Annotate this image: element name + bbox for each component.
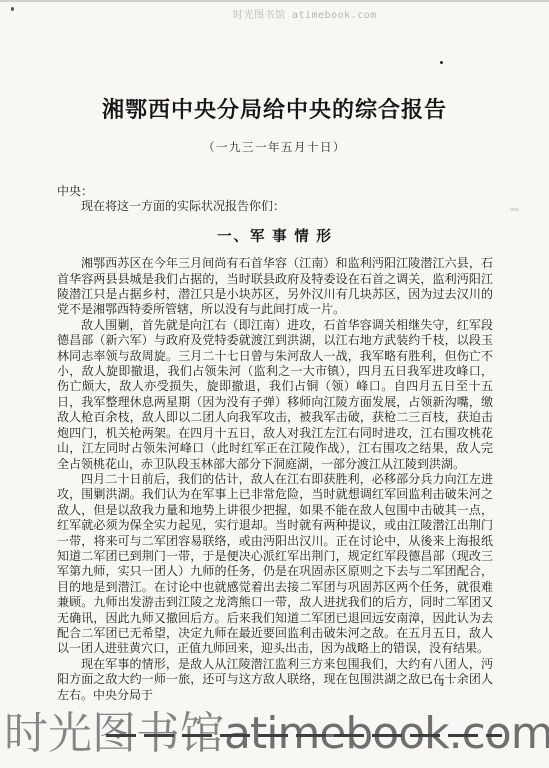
footer-rule-line: [106, 734, 502, 737]
watermark-top: 时光图书馆 atimebook.com: [233, 6, 377, 21]
page-title: 湘鄂西中央分局给中央的综合报告: [0, 93, 549, 124]
section-heading: 一、军 事 情 形: [57, 230, 493, 245]
document-body: 中央： 现在将这一方面的实际状况报告你们： 一、军 事 情 形 湘鄂西苏区在今年…: [57, 184, 493, 703]
salutation: 中央：: [57, 184, 493, 199]
scan-smudge: [510, 208, 519, 211]
ink-speck: [440, 61, 443, 64]
body-paragraph: 四月二十日前后，我们的估计，敌人在江右即获胜利，必移部分兵力向江左进攻，围剿洪湖…: [57, 472, 493, 657]
page-number: · 1 ·: [430, 677, 457, 689]
scanned-document-page: { "colors": { "paper": "#f8f7f3", "ink":…: [0, 0, 549, 768]
body-paragraph: 敌人围剿，首先就是向江右（即江南）进攻，石首华容调关相继失守，红军段德昌部（新六…: [57, 318, 493, 472]
watermark-bottom: 时光图书馆atimebook.com: [4, 697, 549, 761]
date-line: （一九三一年五月十日）: [0, 139, 549, 155]
body-paragraph: 湘鄂西苏区在今年三月间尚有石首华容（江南）和监利沔阳江陵潜江六县，石首华容两县县…: [57, 256, 493, 318]
intro-line: 现在将这一方面的实际状况报告你们：: [57, 199, 493, 214]
page-top-edge-line: [0, 0, 549, 2]
ink-speck: [11, 7, 14, 11]
